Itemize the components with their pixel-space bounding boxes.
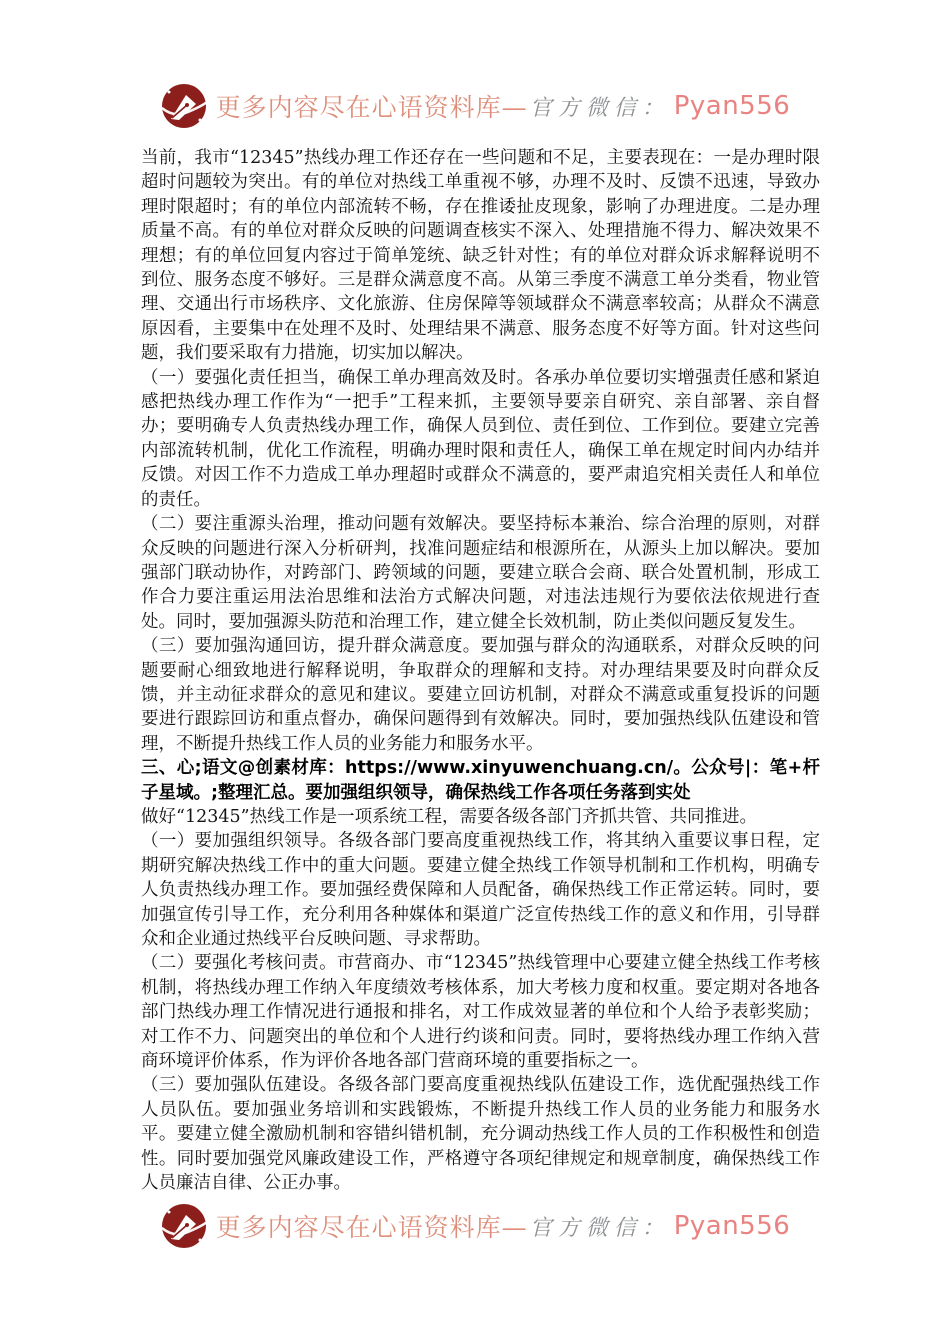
header-watermark: 更多内容尽在心语资料库— 官方微信： Pyan556 <box>0 82 950 130</box>
footer-watermark: 更多内容尽在心语资料库— 官方微信： Pyan556 <box>0 1202 950 1250</box>
paragraph-assessment-accountability: （二）要强化考核问责。市营商办、市“12345”热线管理中心要建立健全热线工作考… <box>141 951 820 1073</box>
document-body: 当前，我市“12345”热线办理工作还存在一些问题和不足，主要表现在：一是办理时… <box>141 146 820 1195</box>
pen-logo-icon <box>160 82 208 130</box>
section-heading: 三、心;语文@创素材库：https://www.xinyuwenchuang.c… <box>141 756 820 805</box>
wechat-label: 官方微信： <box>530 91 670 122</box>
watermark-main-text: 更多内容尽在心语资料库— <box>216 88 528 124</box>
paragraph-system-project: 做好“12345”热线工作是一项系统工程，需要各级各部门齐抓共管、共同推进。 <box>141 805 820 829</box>
wechat-account-id: Pyan556 <box>674 1211 791 1241</box>
wechat-label: 官方微信： <box>530 1211 670 1242</box>
wechat-account-id: Pyan556 <box>674 91 791 121</box>
paragraph-source-governance: （二）要注重源头治理，推动问题有效解决。要坚持标本兼治、综合治理的原则，对群众反… <box>141 512 820 634</box>
paragraph-team-building: （三）要加强队伍建设。各级各部门要高度重视热线队伍建设工作，选优配强热线工作人员… <box>141 1073 820 1195</box>
pen-logo-icon <box>160 1202 208 1250</box>
paragraph-communication-followup: （三）要加强沟通回访，提升群众满意度。要加强与群众的沟通联系，对群众反映的问题要… <box>141 634 820 756</box>
document-page: 更多内容尽在心语资料库— 官方微信： Pyan556 当前，我市“12345”热… <box>0 0 950 1344</box>
paragraph-responsibility: （一）要强化责任担当，确保工单办理高效及时。各承办单位要切实增强责任感和紧迫感把… <box>141 366 820 512</box>
paragraph-organizational-leadership: （一）要加强组织领导。各级各部门要高度重视热线工作，将其纳入重要议事日程，定期研… <box>141 829 820 951</box>
watermark-main-text: 更多内容尽在心语资料库— <box>216 1208 528 1244</box>
paragraph-problems-overview: 当前，我市“12345”热线办理工作还存在一些问题和不足，主要表现在：一是办理时… <box>141 146 820 366</box>
